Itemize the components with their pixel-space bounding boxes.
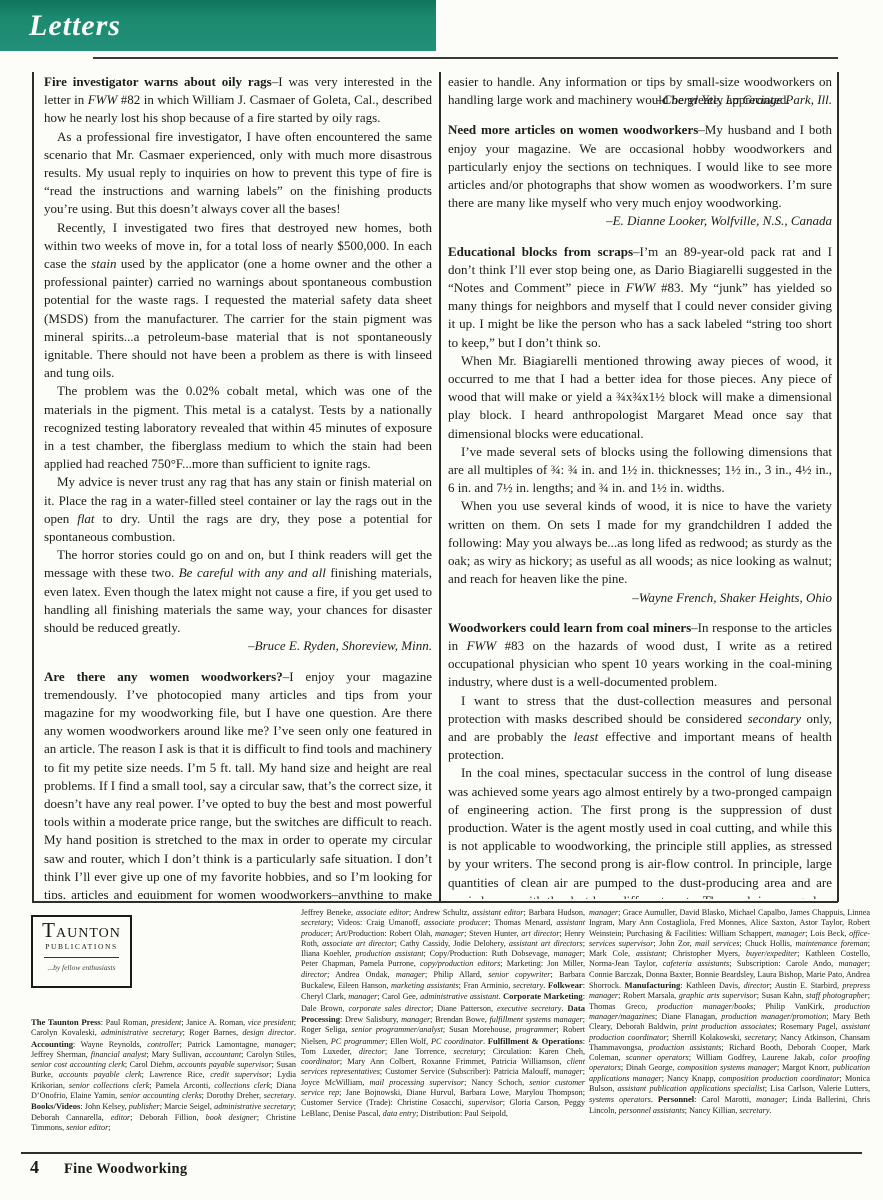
letter-paragraph: Woodworkers could learn from coal miners… [448,619,832,692]
header-rule [93,57,838,59]
letter-paragraph: Recently, I investigated two fires that … [44,219,432,383]
letter-paragraph: When you use several kinds of wood, it i… [448,497,832,588]
letter-paragraph: I want to stress that the dust-collectio… [448,692,832,765]
letter-signature: –Bruce E. Ryden, Shoreview, Minn. [44,637,432,655]
magazine-page: Letters Fire investigator warns about oi… [0,0,883,1200]
letter-paragraph: The horror stories could go on and on, b… [44,546,432,637]
letters-column-right: easier to handle. Any information or tip… [448,73,832,899]
section-header-bar: Letters [0,0,436,51]
letter-paragraph: Fire investigator warns about oily rags–… [44,73,432,128]
letter-paragraph: I’ve made several sets of blocks using t… [448,443,832,498]
letters-column-left: Fire investigator warns about oily rags–… [44,73,432,899]
letter-paragraph: When Mr. Biagiarelli mentioned throwing … [448,352,832,443]
letter-paragraph: Educational blocks from scraps–I’m an 89… [448,243,832,352]
column-rule-right [837,72,839,902]
logo-divider [44,957,120,958]
footer-rule [21,1152,862,1154]
masthead-column-3: manager; Grace Aumuller, David Blasko, M… [589,908,870,1116]
page-number: 4 [30,1157,39,1178]
masthead-column-2: Jeffrey Beneke, associate editor; Andrew… [301,908,585,1119]
logo-tagline: ...by fellow enthusiasts [33,963,130,972]
column-rule-middle [439,72,441,902]
letter-paragraph: The problem was the 0.02% cobalt metal, … [44,382,432,473]
letter-signature: –E. Dianne Looker, Wolfville, N.S., Cana… [448,212,832,230]
letter-paragraph: In the coal mines, spectacular success i… [448,764,832,899]
column-rule-left [32,72,34,902]
letter-paragraph: Need more articles on women woodworkers–… [448,121,832,212]
letter-paragraph: Are there any women woodworkers?–I enjoy… [44,668,432,900]
magazine-title: Fine Woodworking [64,1161,187,1178]
letter-paragraph: My advice is never trust any rag that ha… [44,473,432,546]
letter-paragraph: As a professional fire investigator, I h… [44,128,432,219]
taunton-publications-logo: TAUNTON PUBLICATIONS ...by fellow enthus… [31,915,132,988]
letter-signature: –Wayne French, Shaker Heights, Ohio [448,589,832,607]
page-title: Letters [29,9,121,43]
logo-subname: PUBLICATIONS [33,942,130,951]
masthead-divider-rule [32,901,838,903]
masthead-column-1: The Taunton Press: Paul Roman, president… [31,1017,296,1133]
logo-name: TAUNTON [33,922,130,942]
